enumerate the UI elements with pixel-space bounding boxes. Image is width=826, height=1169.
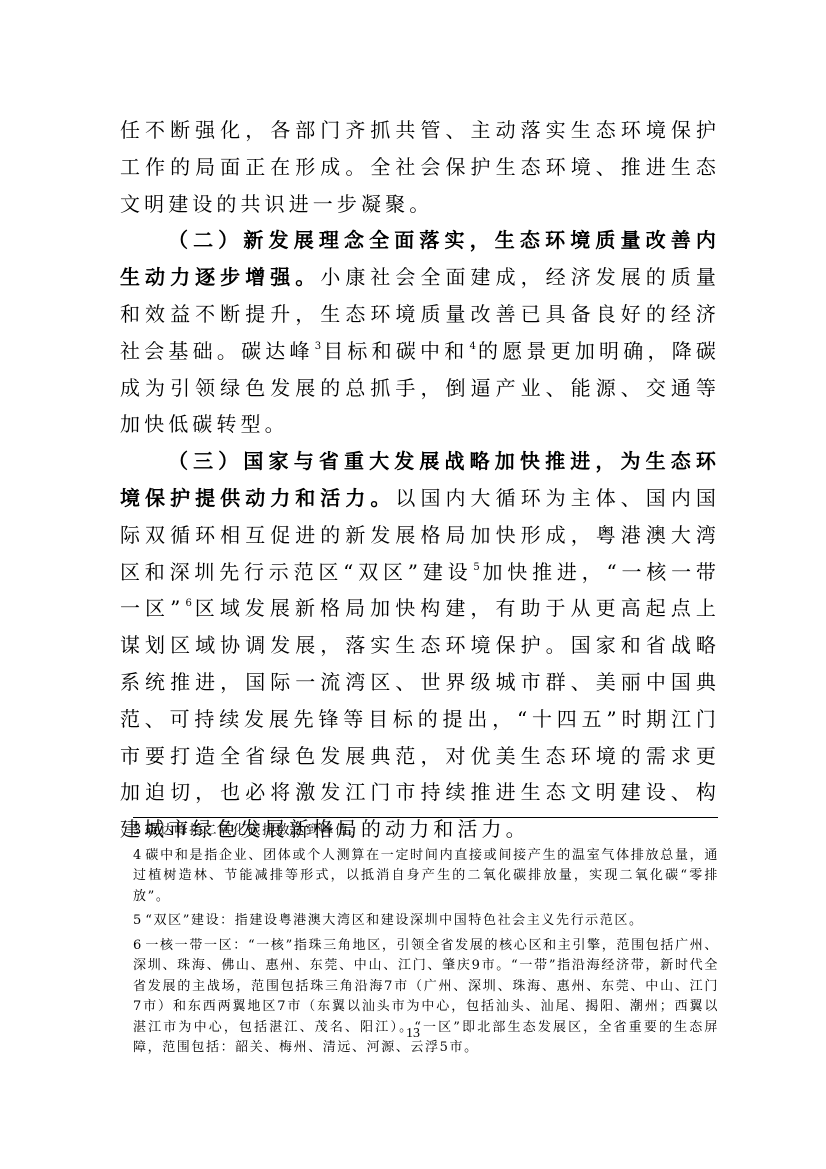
footnote-4: 4碳中和是指企业、团体或个人测算在一定时间内直接或间接产生的温室气体排放总量，通… <box>133 846 719 908</box>
paragraph-text: 任不断强化，各部门齐抓共管、主动落实生态环境保护工作的局面正在形成。全社会保护生… <box>120 118 720 216</box>
footnote-number: 4 <box>133 848 141 863</box>
paragraph-section-2: （二）新发展理念全面落实，生态环境质量改善内生动力逐步增强。小康社会全面建成，经… <box>120 222 720 443</box>
footnote-separator <box>133 817 718 818</box>
paragraph-section-3: （三）国家与省重大发展战略加快推进，为生态环境保护提供动力和活力。以国内大循环为… <box>120 443 720 848</box>
document-page: 任不断强化，各部门齐抓共管、主动落实生态环境保护工作的局面正在形成。全社会保护生… <box>0 0 826 1169</box>
footnote-text: “双区”建设：指建设粤港澳大湾区和建设深圳中国特色社会主义先行示范区。 <box>145 913 643 928</box>
paragraph-text: 区域发展新格局加快构建，有助于从更高起点上谋划区域协调发展，落实生态环境保护。国… <box>120 596 720 841</box>
footnote-number: 5 <box>133 913 141 928</box>
footnote-5: 5“双区”建设：指建设粤港澳大湾区和建设深圳中国特色社会主义先行示范区。 <box>133 911 719 932</box>
paragraph-continuation: 任不断强化，各部门齐抓共管、主动落实生态环境保护工作的局面正在形成。全社会保护生… <box>120 112 720 222</box>
footnote-text: 碳中和是指企业、团体或个人测算在一定时间内直接或间接产生的温室气体排放总量，通过… <box>133 848 719 904</box>
footnote-3: 3碳达峰指二氧化碳排放达到峰值。 <box>133 821 719 842</box>
body-text: 任不断强化，各部门齐抓共管、主动落实生态环境保护工作的局面正在形成。全社会保护生… <box>120 112 720 848</box>
paragraph-text: 目标和碳中和 <box>323 339 468 363</box>
footnote-number: 6 <box>133 938 141 953</box>
footnote-reference[interactable]: 5 <box>473 562 479 573</box>
footnote-text: 碳达峰指二氧化碳排放达到峰值。 <box>145 823 364 838</box>
page-number: 13 <box>0 1026 826 1042</box>
footnote-reference[interactable]: 3 <box>315 341 321 352</box>
footnote-number: 3 <box>133 823 141 838</box>
footnote-reference[interactable]: 4 <box>470 341 476 352</box>
footnote-reference[interactable]: 6 <box>185 598 191 609</box>
